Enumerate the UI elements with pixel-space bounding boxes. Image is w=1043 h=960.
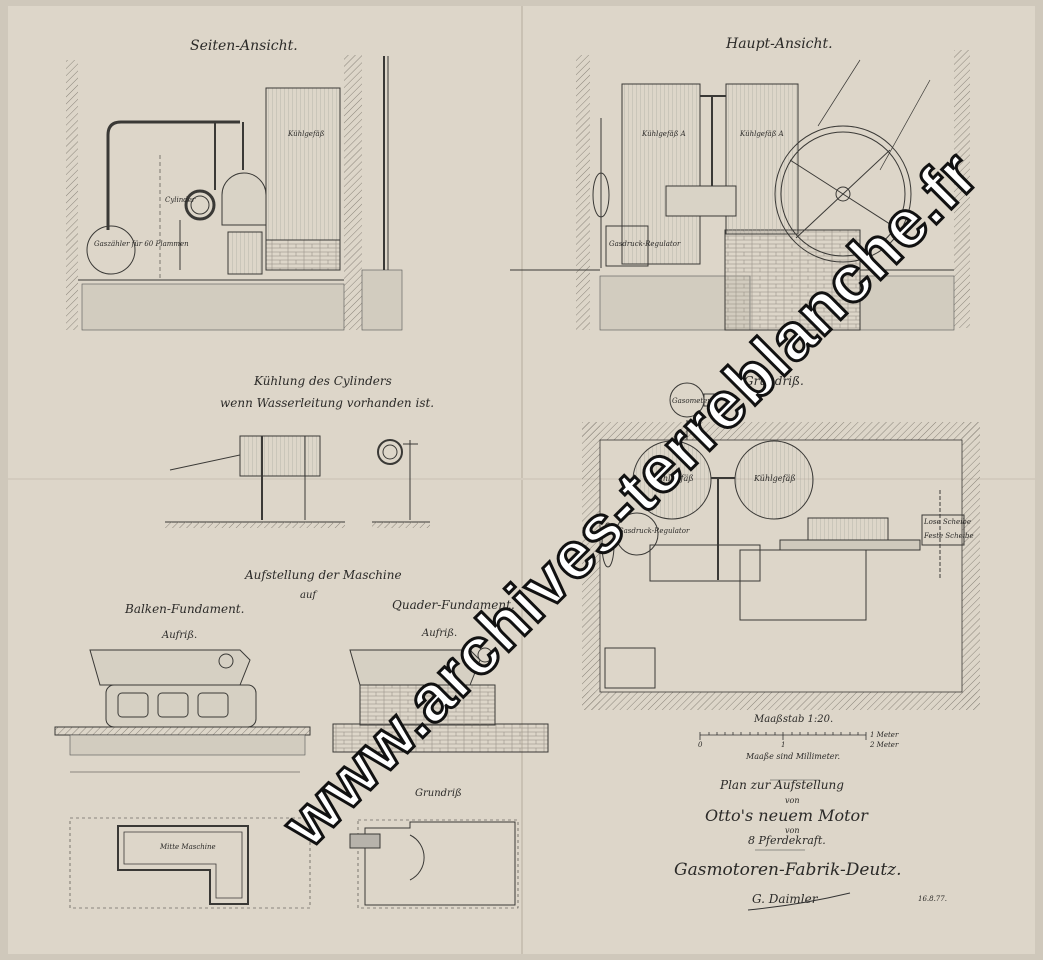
title-line1: Plan zur Aufstellung	[720, 778, 844, 792]
title-line3: Otto's neuem Motor	[705, 806, 868, 825]
side-label-tank: Kühlgefäß	[288, 130, 324, 138]
setup-title: Aufstellung der Maschine	[245, 568, 402, 582]
title-line2: von	[785, 796, 800, 805]
side-view-title: Seiten-Ansicht.	[190, 38, 298, 54]
beam-elevation-title: Aufriß.	[162, 630, 197, 641]
plan-label-loose-pulley: Lose Scheibe	[924, 518, 971, 526]
scale-bar	[700, 732, 866, 740]
cooling-detail	[165, 436, 430, 528]
foundation-plan-title: Grundriß	[415, 788, 462, 799]
company-name: Gasmotoren-Fabrik-Deutz.	[674, 860, 902, 880]
signature: G. Daimler	[752, 892, 817, 906]
title-line5: 8 Pferdekraft.	[748, 834, 826, 847]
beam-foundation-title: Balken-Fundament.	[125, 602, 244, 616]
plan-label-machine-center: Mitte Maschine	[160, 843, 216, 851]
side-label-cylinder: Cylinder	[165, 196, 195, 204]
scale-note: Maaße sind Millimeter.	[746, 752, 840, 761]
date: 16.8.77.	[918, 895, 947, 903]
scale-one: 1	[781, 741, 785, 749]
scale-zero: 0	[698, 741, 702, 749]
cooling-title-line1: Kühlung des Cylinders	[254, 374, 392, 388]
main-label-tank-right: Kühlgefäß A	[740, 130, 784, 138]
plan-label-tank-right: Kühlgefäß	[754, 474, 796, 483]
setup-sub: auf	[300, 590, 316, 601]
technical-drawing	[0, 0, 1043, 960]
main-label-tank-left: Kühlgefäß A	[642, 130, 686, 138]
side-view	[66, 55, 402, 330]
cooling-title-line2: wenn Wasserleitung vorhanden ist.	[220, 396, 434, 410]
side-label-gas-meter: Gaszähler für 60 Flammen	[94, 240, 189, 248]
main-label-regulator: Gasdruck-Regulator	[609, 240, 680, 248]
scale-right-top: 1 Meter	[870, 731, 898, 739]
main-view-title: Haupt-Ansicht.	[726, 36, 833, 52]
beam-foundation-elevation	[55, 650, 310, 772]
scale-title: Maaßstab 1:20.	[754, 714, 833, 725]
plan-label-fixed-pulley: Feste Scheibe	[924, 532, 974, 540]
scale-right-bottom: 2 Meter	[870, 741, 898, 749]
